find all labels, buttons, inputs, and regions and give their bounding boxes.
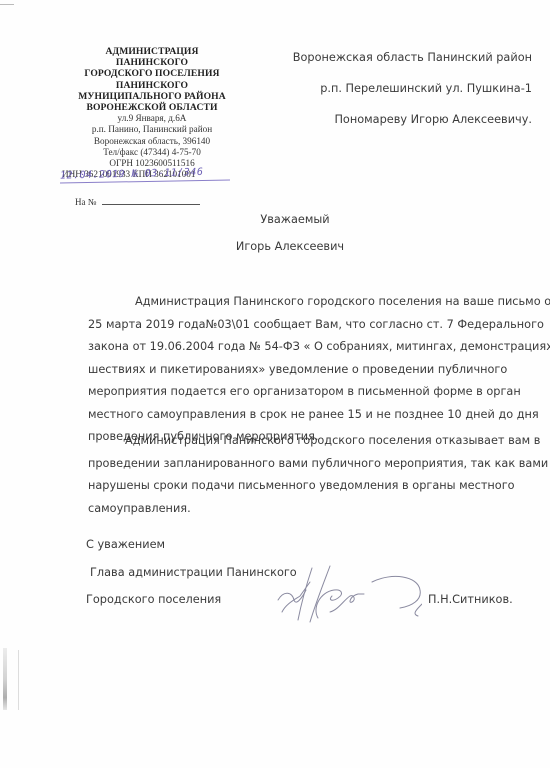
signature-image	[272, 560, 422, 630]
scan-edge-artifact	[3, 648, 7, 710]
scan-edge-artifact	[18, 650, 19, 710]
paragraph-line: местного самоуправления в срок не ранее …	[88, 404, 533, 427]
signer-position-line1: Глава администрации Панинского	[90, 566, 297, 579]
reference-number-line: На №	[75, 197, 200, 207]
salutation-greeting: Уважаемый	[0, 213, 550, 226]
letterhead: АДМИНИСТРАЦИЯ ПАНИНСКОГО ГОРОДСКОГО ПОСЕ…	[52, 46, 252, 180]
org-name-line: МУНИЦИПАЛЬНОГО РАЙОНА	[52, 91, 252, 102]
org-name-line: ВОРОНЕЖСКОЙ ОБЛАСТИ	[52, 102, 252, 113]
paragraph-line: мероприятия подается его организатором в…	[88, 381, 533, 404]
paragraph-line: нарушены сроки подачи письменного уведом…	[88, 475, 533, 498]
body-paragraph-2: Администрация Панинского городского посе…	[88, 430, 533, 520]
org-name-line: ГОРОДСКОГО ПОСЕЛЕНИЯ	[52, 68, 252, 79]
paragraph-line: 25 марта 2019 года№03\01 сообщает Вам, ч…	[88, 314, 533, 337]
org-address-line: Воронежская область, 396140	[52, 136, 252, 147]
signer-name: П.Н.Ситников.	[428, 593, 513, 606]
reference-label: На №	[75, 197, 96, 207]
reference-blank	[102, 204, 200, 205]
recipient-region: Воронежская область Панинский район	[293, 50, 532, 65]
paragraph-line: самоуправления.	[88, 498, 533, 521]
paragraph-line: проведении запланированного вами публичн…	[88, 453, 533, 476]
salutation-name: Игорь Алексеевич	[0, 240, 550, 253]
recipient-name: Пономареву Игорю Алексеевичу.	[293, 112, 532, 127]
recipient-address: р.п. Перелешинский ул. Пушкина-1	[293, 81, 532, 96]
org-address-line: р.п. Панино, Панинский район	[52, 124, 252, 135]
scan-artifact-line	[0, 4, 14, 5]
signer-position-line2: Городского поселения	[86, 593, 221, 606]
recipient-block: Воронежская область Панинский район р.п.…	[293, 50, 532, 143]
paragraph-line: Администрация Панинского городского посе…	[88, 430, 533, 453]
body-paragraph-1: Администрация Панинского городского посе…	[88, 291, 533, 449]
org-phone: Тел/факс (47344) 4-75-70	[52, 147, 252, 158]
closing-regards: С уважением	[86, 538, 165, 551]
org-name-line: АДМИНИСТРАЦИЯ	[52, 46, 252, 57]
paragraph-line: шествиях и пикетированиях» уведомление о…	[88, 359, 533, 382]
org-address-line: ул.9 Января, д.6А	[52, 113, 252, 124]
paragraph-line: Администрация Панинского городского посе…	[88, 291, 533, 314]
document-page: АДМИНИСТРАЦИЯ ПАНИНСКОГО ГОРОДСКОГО ПОСЕ…	[0, 0, 550, 768]
org-name-line: ПАНИНСКОГО	[52, 80, 252, 91]
paragraph-line: закона от 19.06.2004 года № 54-ФЗ « О со…	[88, 336, 533, 359]
org-name-line: ПАНИНСКОГО	[52, 57, 252, 68]
